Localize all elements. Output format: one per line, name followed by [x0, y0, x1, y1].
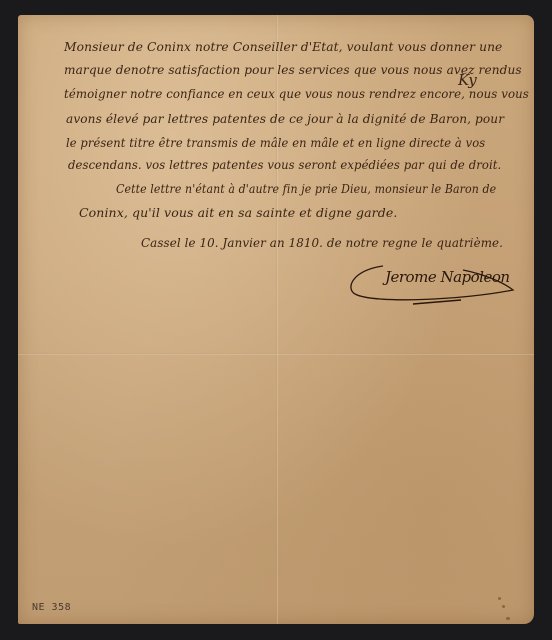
letter-line-4: avons élevé par lettres patentes de ce j…	[66, 111, 504, 126]
dateline: Cassel le 10. Janvier an 1810. de notre …	[141, 235, 503, 250]
letter-paper: Monsieur de Coninx notre Conseiller d'Et…	[18, 15, 534, 624]
letter-line-1: Monsieur de Coninx notre Conseiller d'Et…	[64, 39, 502, 54]
letter-line-2: marque denotre satisfaction pour les ser…	[64, 62, 522, 77]
signature-text: Jerome Napoleon	[385, 268, 510, 286]
ink-spot	[506, 617, 510, 620]
letter-line-5: le présent titre être transmis de mâle e…	[66, 135, 485, 150]
letter-line-7: Cette lettre n'étant à d'autre fin je pr…	[116, 181, 496, 196]
letter-line-6: descendans. vos lettres patentes vous se…	[68, 157, 501, 172]
ink-spot	[498, 597, 501, 600]
archive-shelfmark: NE 358	[32, 602, 71, 613]
letter-line-3: témoigner notre confiance en ceux que vo…	[64, 86, 529, 101]
signature: Jerome Napoleon	[343, 260, 518, 310]
letter-line-8: Coninx, qu'il vous ait en sa sainte et d…	[79, 205, 397, 220]
ink-spot	[502, 605, 505, 608]
vertical-fold-line	[276, 15, 278, 624]
horizontal-fold-line	[18, 353, 534, 355]
